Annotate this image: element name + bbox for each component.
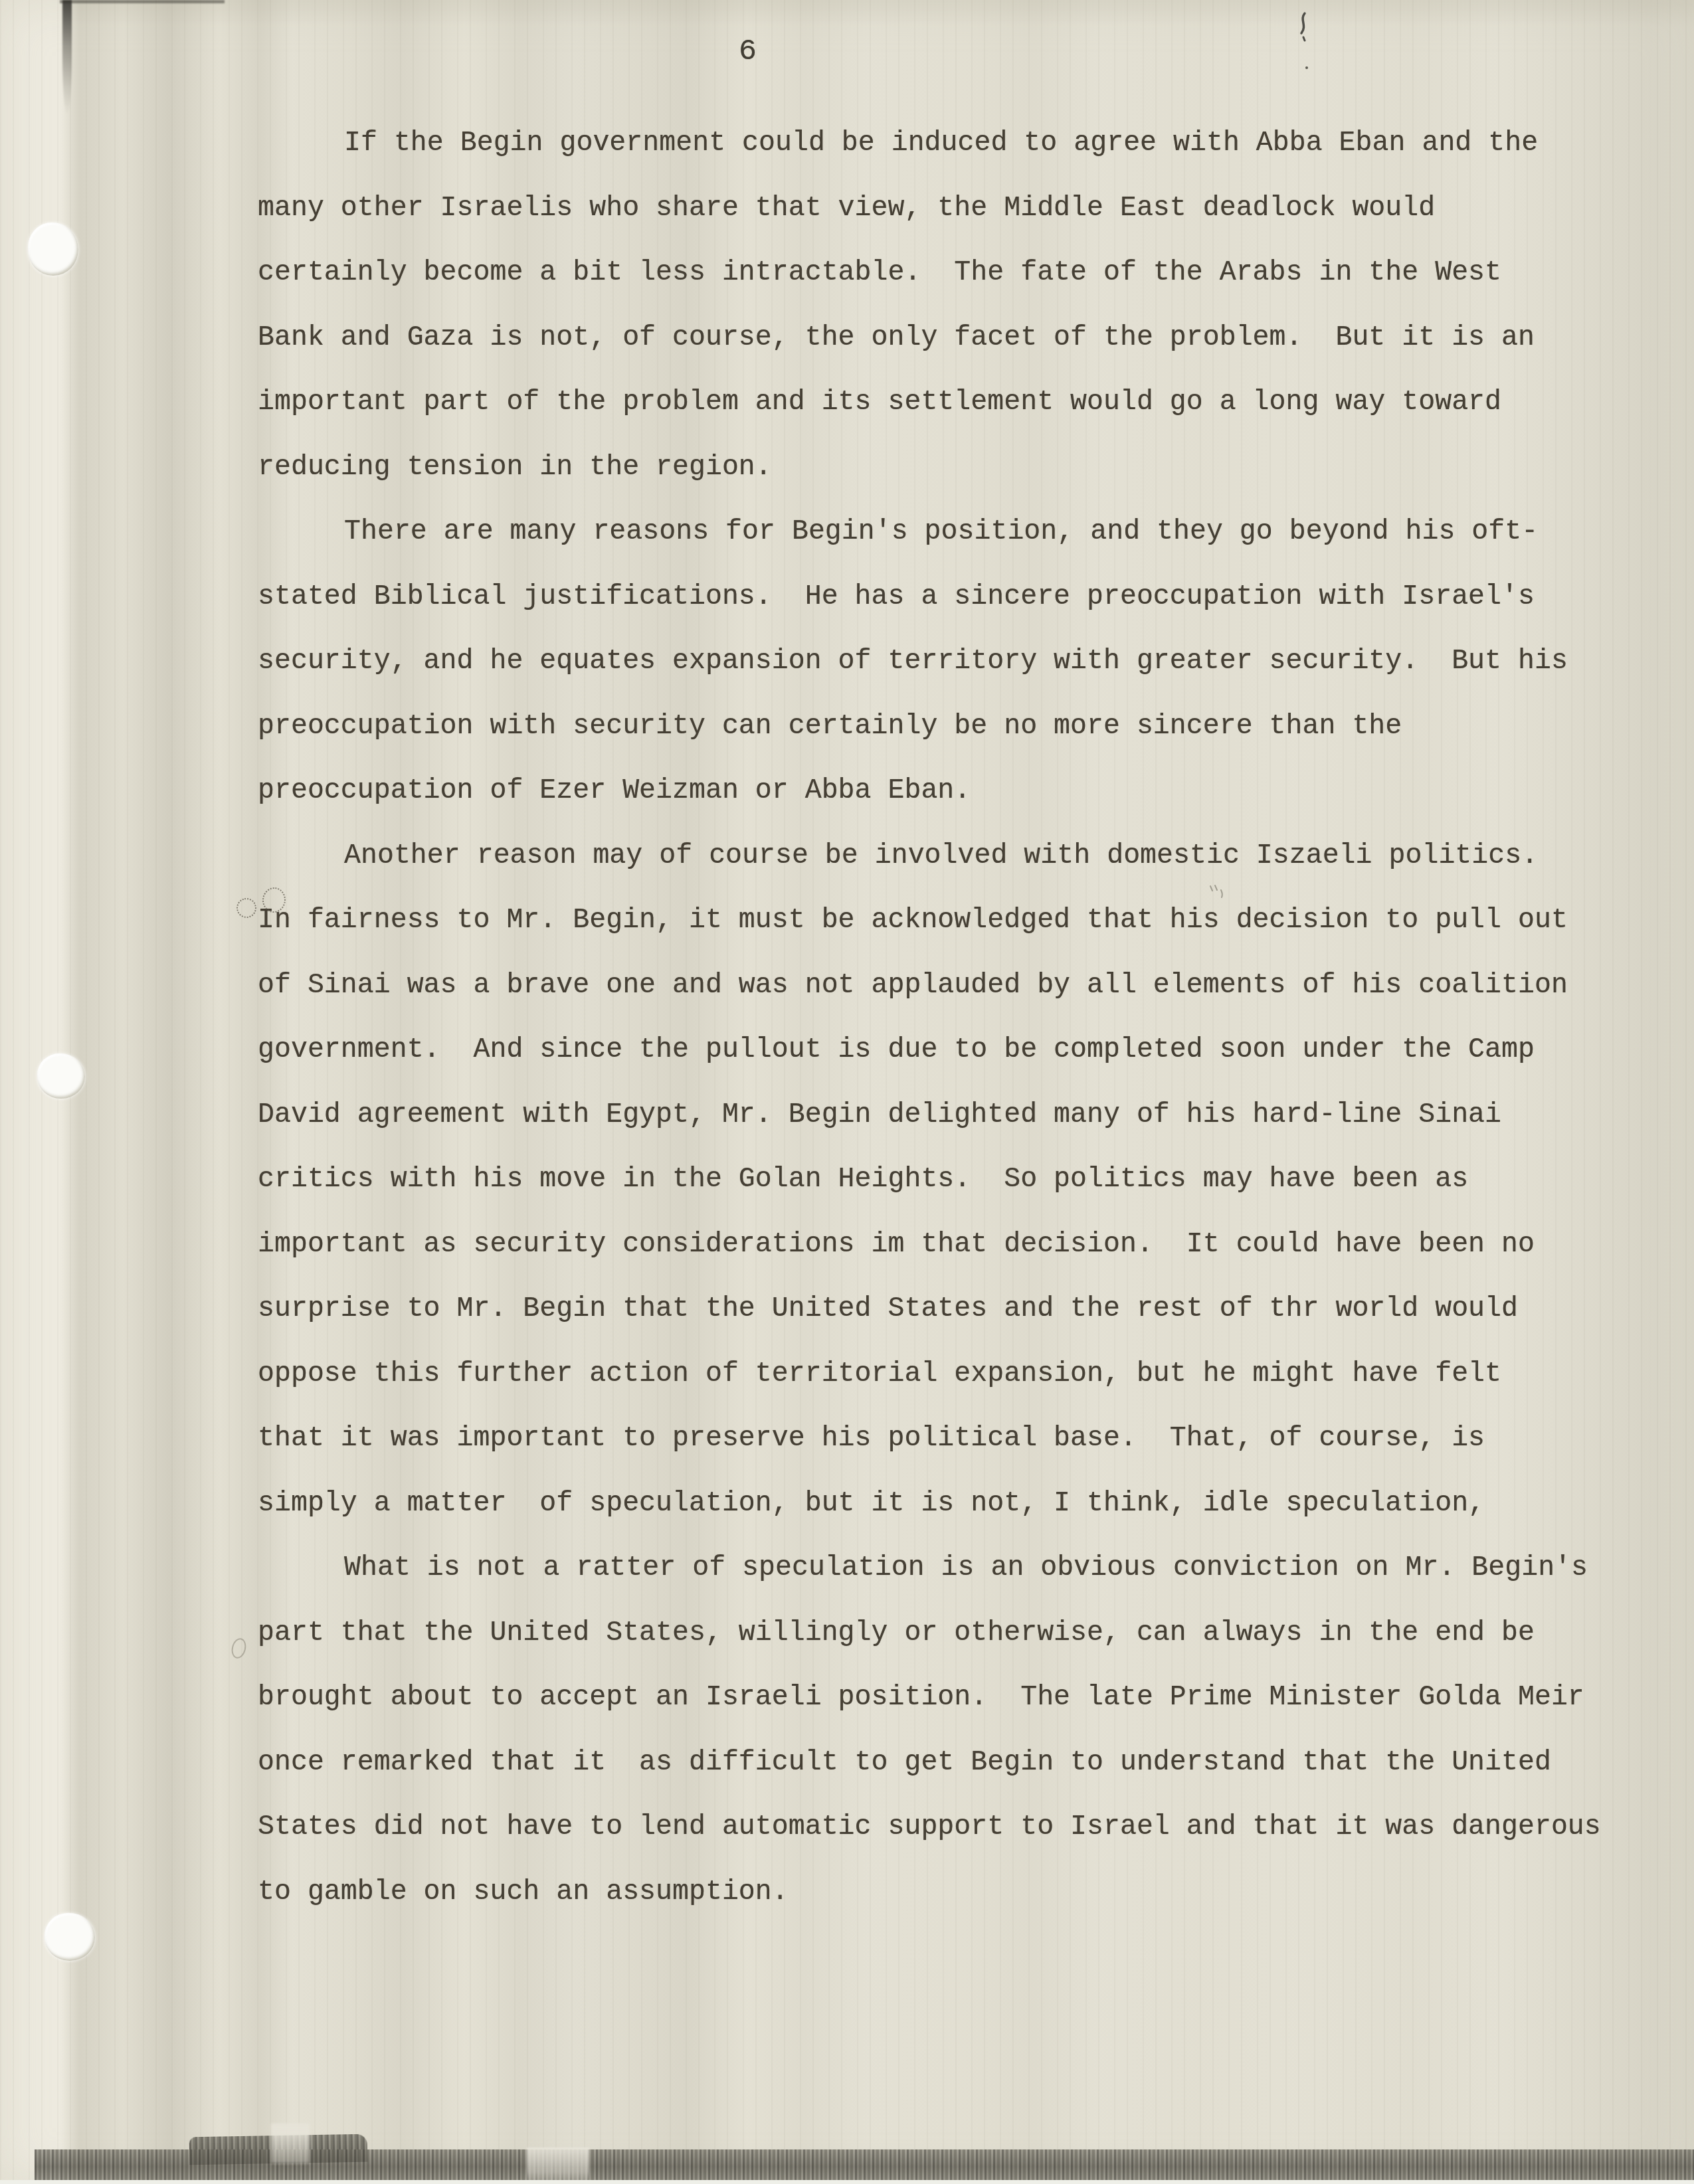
paper-top-edge-shadow <box>60 0 225 3</box>
text-body: If the Begin government could be induced… <box>258 111 1653 1924</box>
text-line: reducing tension in the region. <box>258 435 1653 500</box>
text-line: States did not have to lend automatic su… <box>258 1795 1653 1860</box>
text-line: to gamble on such an assumption. <box>258 1860 1653 1925</box>
text-line: important as security considerations im … <box>258 1212 1653 1277</box>
text-line: There are many reasons for Begin's posit… <box>258 500 1653 565</box>
text-line: critics with his move in the Golan Heigh… <box>258 1147 1653 1212</box>
text-line: many other Israelis who share that view,… <box>258 176 1653 241</box>
pen-tick-mark <box>1295 11 1313 72</box>
text-line: brought about to accept an Israeli posit… <box>258 1665 1653 1730</box>
text-line: certainly become a bit less intractable.… <box>258 240 1653 306</box>
scan-smudge-mark <box>62 0 72 114</box>
text-line: What is not a ratter of speculation is a… <box>258 1536 1653 1601</box>
text-line: oppose this further action of territoria… <box>258 1342 1653 1407</box>
scanner-bottom-band <box>0 2129 1694 2184</box>
text-line: surprise to Mr. Begin that the United St… <box>258 1277 1653 1342</box>
text-line: that it was important to preserve his po… <box>258 1406 1653 1471</box>
pencil-circle-mark <box>235 896 258 920</box>
text-line: part that the United States, willingly o… <box>258 1601 1653 1666</box>
text-line: simply a matter of speculation, but it i… <box>258 1471 1653 1536</box>
page-number: 6 <box>739 35 757 68</box>
scan-band-bottom-edge <box>0 2180 1694 2184</box>
text-line: preoccupation with security can certainl… <box>258 694 1653 759</box>
text-line: David agreement with Egypt, Mr. Begin de… <box>258 1083 1653 1148</box>
text-line: stated Biblical justifications. He has a… <box>258 565 1653 630</box>
text-line: security, and he equates expansion of te… <box>258 629 1653 694</box>
text-line: preoccupation of Ezer Weizman or Abba Eb… <box>258 759 1653 824</box>
text-line: Bank and Gaza is not, of course, the onl… <box>258 306 1653 371</box>
hole-punch <box>28 223 78 276</box>
hole-punch <box>37 1053 85 1099</box>
stray-pencil-squiggle <box>1208 883 1232 899</box>
text-line: once remarked that it as difficult to ge… <box>258 1730 1653 1795</box>
scanned-typewritten-page: 6 If the Begin government could be induc… <box>0 0 1694 2184</box>
text-line: Another reason may of course be involved… <box>258 824 1653 889</box>
text-line: government. And since the pullout is due… <box>258 1018 1653 1083</box>
text-line: If the Begin government could be induced… <box>258 111 1653 176</box>
scan-band-light-gap <box>271 2124 310 2163</box>
scan-band-light-gap <box>527 2147 589 2182</box>
text-line: of Sinai was a brave one and was not app… <box>258 953 1653 1018</box>
text-line: important part of the problem and its se… <box>258 370 1653 435</box>
pencil-oval-mark <box>230 1637 248 1660</box>
hole-punch <box>45 1913 95 1961</box>
text-line: In fairness to Mr. Begin, it must be ack… <box>258 888 1653 953</box>
